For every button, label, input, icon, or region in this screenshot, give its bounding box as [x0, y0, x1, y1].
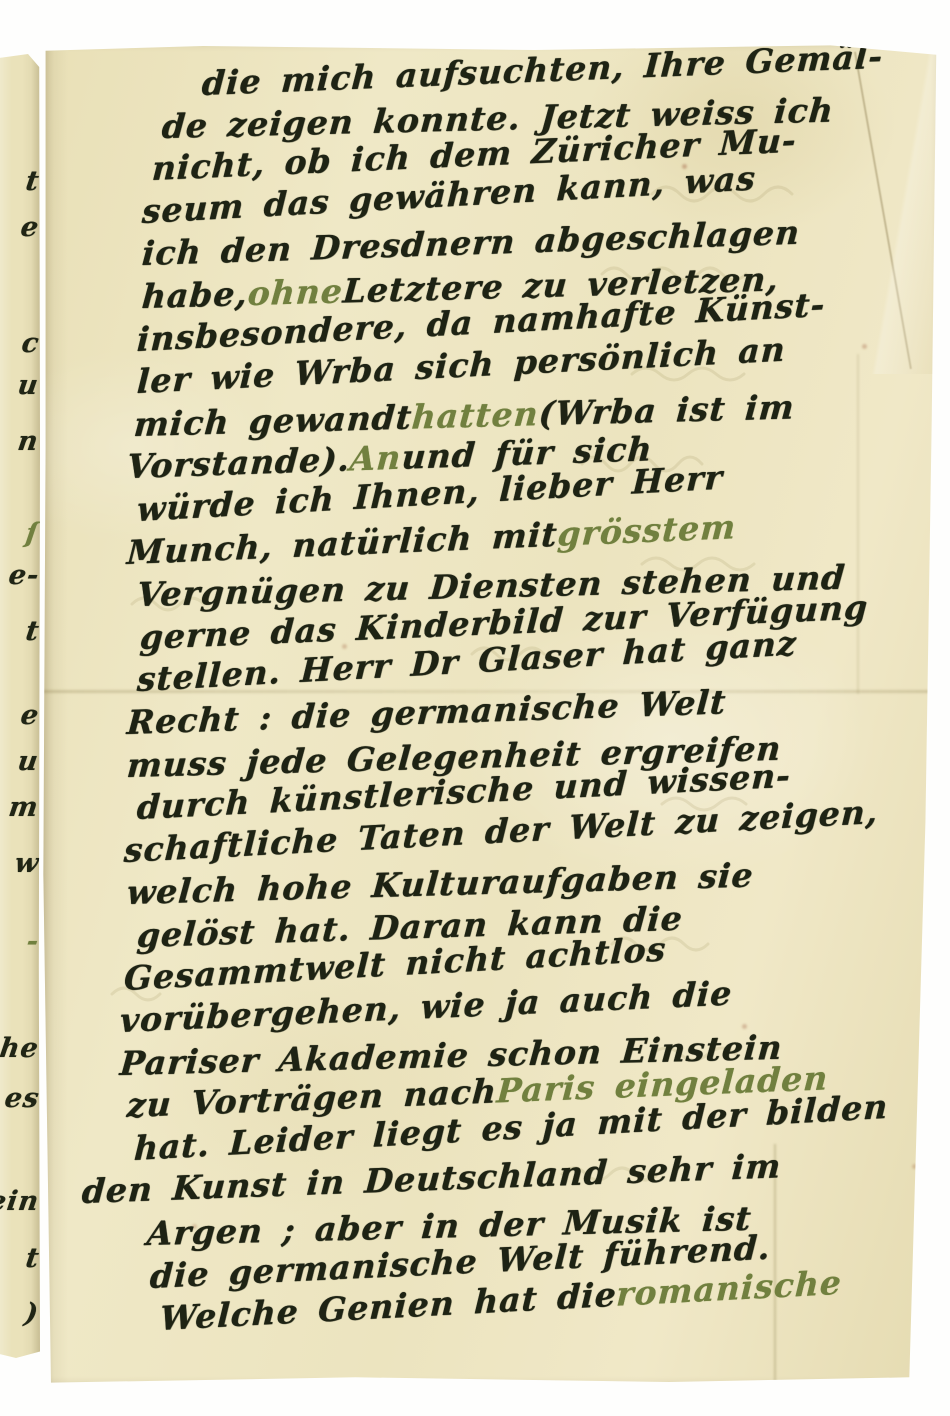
stroke-fragment: e-	[7, 562, 41, 589]
stroke-fragment: t	[24, 618, 41, 645]
letter-page: die mich aufsuchten, Ihre Gemäl-de zeige…	[42, 44, 938, 1384]
stroke-fragment: u	[16, 372, 40, 399]
scan-background: { "document": { "type": "handwritten-let…	[0, 0, 950, 1416]
handwritten-segment: (Wrba ist im	[537, 387, 796, 434]
stroke-fragment: he	[0, 1035, 41, 1062]
stroke-fragment: ſ	[24, 520, 40, 547]
stroke-fragment: c	[20, 330, 41, 357]
stroke-fragment: )	[23, 1300, 41, 1327]
stroke-fragment: e	[19, 702, 41, 729]
stroke-fragment: e	[19, 214, 41, 241]
revision-ink-word: An	[349, 438, 403, 480]
stroke-fragment: u	[16, 748, 40, 775]
letter-text: die mich aufsuchten, Ihre Gemäl-de zeige…	[42, 44, 938, 1384]
stroke-fragment: -	[25, 928, 41, 955]
stroke-fragment: ein	[0, 1188, 41, 1215]
stroke-fragment: w	[13, 850, 41, 877]
stroke-fragment: es	[3, 1085, 41, 1112]
revision-ink-word: ohne	[246, 271, 344, 314]
handwritten-segment: habe,	[140, 274, 249, 317]
stroke-fragment: m	[8, 794, 41, 821]
stroke-fragment: t	[24, 168, 41, 195]
adjacent-page-edge: tecunſe-teumw-heeseint)	[0, 54, 40, 1358]
revision-ink-word: hatten	[411, 394, 541, 437]
revision-ink-word: grösstem	[556, 507, 737, 555]
stroke-fragment: t	[24, 1245, 41, 1272]
stroke-fragment: n	[16, 428, 40, 455]
